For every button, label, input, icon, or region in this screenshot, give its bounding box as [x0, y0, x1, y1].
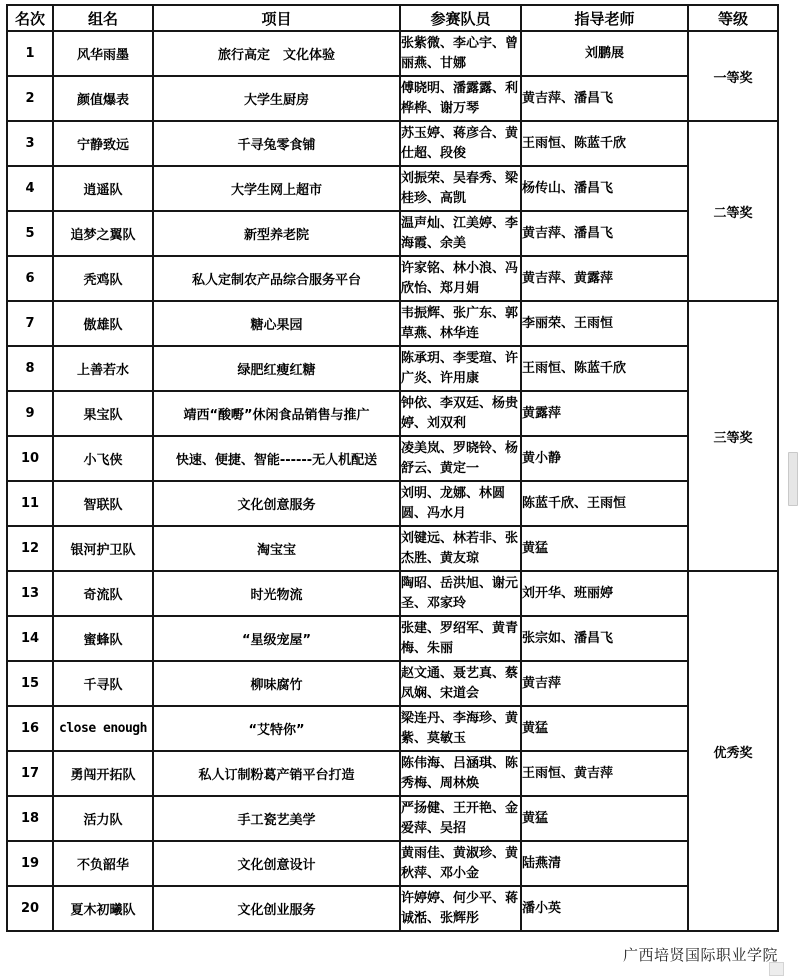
table-row: 9果宝队靖西“酸嘢”休闲食品销售与推广钟依、李双廷、杨贵婷、刘双利黄露萍 — [7, 391, 778, 436]
scrollbar-corner — [769, 962, 784, 976]
project-cell: 淘宝宝 — [153, 526, 400, 571]
group-name-cell: 智联队 — [53, 481, 153, 526]
school-watermark: 广西培贤国际职业学院 — [623, 944, 778, 965]
members-cell: 韦振辉、张广东、郭草燕、林华连 — [400, 301, 521, 346]
rank-cell: 3 — [7, 121, 53, 166]
award-level-cell: 优秀奖 — [688, 571, 778, 931]
group-name-cell: 勇闯开拓队 — [53, 751, 153, 796]
table-row: 11智联队文化创意服务刘明、龙娜、林圆圆、冯水月陈蓝千欣、王雨恒 — [7, 481, 778, 526]
table-row: 19不负韶华文化创意设计黄雨佳、黄淑珍、黄秋萍、邓小金陆燕清 — [7, 841, 778, 886]
project-cell: 千寻兔零食铺 — [153, 121, 400, 166]
members-cell: 陶昭、岳洪旭、谢元圣、邓家玲 — [400, 571, 521, 616]
project-cell: 文化创业服务 — [153, 886, 400, 931]
advisors-cell: 陆燕清 — [521, 841, 688, 886]
advisors-cell: 黄吉萍、黄露萍 — [521, 256, 688, 301]
rank-cell: 11 — [7, 481, 53, 526]
award-level-cell: 三等奖 — [688, 301, 778, 571]
members-cell: 温声灿、江美婷、李海霞、余美 — [400, 211, 521, 256]
members-cell: 许家铭、林小浪、冯欣怡、郑月娟 — [400, 256, 521, 301]
members-cell: 陈伟海、吕涵琪、陈秀梅、周林焕 — [400, 751, 521, 796]
advisors-cell: 潘小英 — [521, 886, 688, 931]
members-cell: 赵文通、聂艺真、蔡凤娴、宋道会 — [400, 661, 521, 706]
advisors-cell: 黄小静 — [521, 436, 688, 481]
advisors-cell: 王雨恒、陈蓝千欣 — [521, 121, 688, 166]
header-members: 参赛队员 — [400, 5, 521, 31]
table-row: 16close enough“艾特你”梁连丹、李海珍、黄紫、莫敏玉黄猛 — [7, 706, 778, 751]
table-row: 17勇闯开拓队私人订制粉葛产销平台打造陈伟海、吕涵琪、陈秀梅、周林焕王雨恒、黄吉… — [7, 751, 778, 796]
table-header: 名次 组名 项目 参赛队员 指导老师 等级 — [7, 5, 778, 31]
group-name-cell: 小飞侠 — [53, 436, 153, 481]
members-cell: 钟依、李双廷、杨贵婷、刘双利 — [400, 391, 521, 436]
group-name-cell: 果宝队 — [53, 391, 153, 436]
group-name-cell: 傲雄队 — [53, 301, 153, 346]
header-advisors: 指导老师 — [521, 5, 688, 31]
results-table: 名次 组名 项目 参赛队员 指导老师 等级 1风华雨墨旅行高定 文化体验张紫微、… — [6, 4, 779, 932]
table-row: 1风华雨墨旅行高定 文化体验张紫微、李心宇、曾丽燕、甘娜刘鹏展一等奖 — [7, 31, 778, 76]
rank-cell: 16 — [7, 706, 53, 751]
table-row: 8上善若水绿肥红瘦红糖陈承玥、李雯瑄、许广炎、许用康王雨恒、陈蓝千欣 — [7, 346, 778, 391]
members-cell: 张建、罗绍军、黄青梅、朱丽 — [400, 616, 521, 661]
header-group: 组名 — [53, 5, 153, 31]
table-row: 4逍遥队大学生网上超市刘振荣、吴春秀、梁桂珍、高凯杨传山、潘昌飞 — [7, 166, 778, 211]
table-row: 15千寻队柳味腐竹赵文通、聂艺真、蔡凤娴、宋道会黄吉萍 — [7, 661, 778, 706]
rank-cell: 1 — [7, 31, 53, 76]
table-row: 20夏木初曦队文化创业服务许婷婷、何少平、蒋诚湉、张辉彤潘小英 — [7, 886, 778, 931]
project-cell: 柳味腐竹 — [153, 661, 400, 706]
table-row: 12银河护卫队淘宝宝刘键远、林若非、张杰胜、黄友琼黄猛 — [7, 526, 778, 571]
table-row: 5追梦之翼队新型养老院温声灿、江美婷、李海霞、余美黄吉萍、潘昌飞 — [7, 211, 778, 256]
rank-cell: 18 — [7, 796, 53, 841]
table-body: 1风华雨墨旅行高定 文化体验张紫微、李心宇、曾丽燕、甘娜刘鹏展一等奖2颜值爆表大… — [7, 31, 778, 931]
header-award: 等级 — [688, 5, 778, 31]
group-name-cell: 逍遥队 — [53, 166, 153, 211]
group-name-cell: 夏木初曦队 — [53, 886, 153, 931]
advisors-cell: 黄露萍 — [521, 391, 688, 436]
project-cell: 时光物流 — [153, 571, 400, 616]
rank-cell: 20 — [7, 886, 53, 931]
project-cell: 私人定制农产品综合服务平台 — [153, 256, 400, 301]
advisors-cell: 刘鹏展 — [521, 31, 688, 76]
group-name-cell: 秃鸡队 — [53, 256, 153, 301]
project-cell: 文化创意服务 — [153, 481, 400, 526]
table-row: 18活力队手工瓷艺美学严扬健、王开艳、金爱萍、吴招黄猛 — [7, 796, 778, 841]
members-cell: 梁连丹、李海珍、黄紫、莫敏玉 — [400, 706, 521, 751]
project-cell: 快速、便捷、智能------无人机配送 — [153, 436, 400, 481]
rank-cell: 14 — [7, 616, 53, 661]
project-cell: 旅行高定 文化体验 — [153, 31, 400, 76]
project-cell: 绿肥红瘦红糖 — [153, 346, 400, 391]
members-cell: 刘明、龙娜、林圆圆、冯水月 — [400, 481, 521, 526]
members-cell: 傅晓明、潘露露、利桦桦、谢万琴 — [400, 76, 521, 121]
advisors-cell: 黄吉萍、潘昌飞 — [521, 76, 688, 121]
table-row: 2颜值爆表大学生厨房傅晓明、潘露露、利桦桦、谢万琴黄吉萍、潘昌飞 — [7, 76, 778, 121]
rank-cell: 10 — [7, 436, 53, 481]
table-row: 6秃鸡队私人定制农产品综合服务平台许家铭、林小浪、冯欣怡、郑月娟黄吉萍、黄露萍 — [7, 256, 778, 301]
members-cell: 张紫微、李心宇、曾丽燕、甘娜 — [400, 31, 521, 76]
rank-cell: 13 — [7, 571, 53, 616]
advisors-cell: 杨传山、潘昌飞 — [521, 166, 688, 211]
rank-cell: 17 — [7, 751, 53, 796]
project-cell: 文化创意设计 — [153, 841, 400, 886]
group-name-cell: 活力队 — [53, 796, 153, 841]
advisors-cell: 刘开华、班丽婷 — [521, 571, 688, 616]
table-row: 10小飞侠快速、便捷、智能------无人机配送凌美岚、罗晓铃、杨舒云、黄定一黄… — [7, 436, 778, 481]
members-cell: 凌美岚、罗晓铃、杨舒云、黄定一 — [400, 436, 521, 481]
vertical-scrollbar-thumb[interactable] — [788, 452, 798, 506]
advisors-cell: 陈蓝千欣、王雨恒 — [521, 481, 688, 526]
header-row: 名次 组名 项目 参赛队员 指导老师 等级 — [7, 5, 778, 31]
group-name-cell: 银河护卫队 — [53, 526, 153, 571]
group-name-cell: 不负韶华 — [53, 841, 153, 886]
advisors-cell: 李丽荣、王雨恒 — [521, 301, 688, 346]
header-project: 项目 — [153, 5, 400, 31]
members-cell: 刘振荣、吴春秀、梁桂珍、高凯 — [400, 166, 521, 211]
rank-cell: 12 — [7, 526, 53, 571]
rank-cell: 7 — [7, 301, 53, 346]
project-cell: 手工瓷艺美学 — [153, 796, 400, 841]
award-level-cell: 一等奖 — [688, 31, 778, 121]
project-cell: 靖西“酸嘢”休闲食品销售与推广 — [153, 391, 400, 436]
group-name-cell: 风华雨墨 — [53, 31, 153, 76]
rank-cell: 19 — [7, 841, 53, 886]
project-cell: 新型养老院 — [153, 211, 400, 256]
project-cell: 糖心果园 — [153, 301, 400, 346]
advisors-cell: 黄猛 — [521, 526, 688, 571]
table-row: 13奇流队时光物流陶昭、岳洪旭、谢元圣、邓家玲刘开华、班丽婷优秀奖 — [7, 571, 778, 616]
header-rank: 名次 — [7, 5, 53, 31]
group-name-cell: 颜值爆表 — [53, 76, 153, 121]
rank-cell: 2 — [7, 76, 53, 121]
advisors-cell: 王雨恒、黄吉萍 — [521, 751, 688, 796]
members-cell: 陈承玥、李雯瑄、许广炎、许用康 — [400, 346, 521, 391]
members-cell: 许婷婷、何少平、蒋诚湉、张辉彤 — [400, 886, 521, 931]
award-level-cell: 二等奖 — [688, 121, 778, 301]
advisors-cell: 王雨恒、陈蓝千欣 — [521, 346, 688, 391]
members-cell: 苏玉婷、蒋彦合、黄仕超、段俊 — [400, 121, 521, 166]
project-cell: “星级宠屋” — [153, 616, 400, 661]
rank-cell: 9 — [7, 391, 53, 436]
rank-cell: 6 — [7, 256, 53, 301]
advisors-cell: 黄吉萍、潘昌飞 — [521, 211, 688, 256]
project-cell: “艾特你” — [153, 706, 400, 751]
project-cell: 大学生网上超市 — [153, 166, 400, 211]
advisors-cell: 黄吉萍 — [521, 661, 688, 706]
advisors-cell: 黄猛 — [521, 796, 688, 841]
group-name-cell: 千寻队 — [53, 661, 153, 706]
rank-cell: 15 — [7, 661, 53, 706]
group-name-cell: 上善若水 — [53, 346, 153, 391]
table-row: 3宁静致远千寻兔零食铺苏玉婷、蒋彦合、黄仕超、段俊王雨恒、陈蓝千欣二等奖 — [7, 121, 778, 166]
table-row: 14蜜蜂队“星级宠屋”张建、罗绍军、黄青梅、朱丽张宗如、潘昌飞 — [7, 616, 778, 661]
table-row: 7傲雄队糖心果园韦振辉、张广东、郭草燕、林华连李丽荣、王雨恒三等奖 — [7, 301, 778, 346]
advisors-cell: 张宗如、潘昌飞 — [521, 616, 688, 661]
members-cell: 刘键远、林若非、张杰胜、黄友琼 — [400, 526, 521, 571]
group-name-cell: 奇流队 — [53, 571, 153, 616]
group-name-cell: 宁静致远 — [53, 121, 153, 166]
group-name-cell: close enough — [53, 706, 153, 751]
project-cell: 大学生厨房 — [153, 76, 400, 121]
group-name-cell: 追梦之翼队 — [53, 211, 153, 256]
members-cell: 黄雨佳、黄淑珍、黄秋萍、邓小金 — [400, 841, 521, 886]
project-cell: 私人订制粉葛产销平台打造 — [153, 751, 400, 796]
advisors-cell: 黄猛 — [521, 706, 688, 751]
rank-cell: 8 — [7, 346, 53, 391]
rank-cell: 5 — [7, 211, 53, 256]
rank-cell: 4 — [7, 166, 53, 211]
members-cell: 严扬健、王开艳、金爱萍、吴招 — [400, 796, 521, 841]
group-name-cell: 蜜蜂队 — [53, 616, 153, 661]
